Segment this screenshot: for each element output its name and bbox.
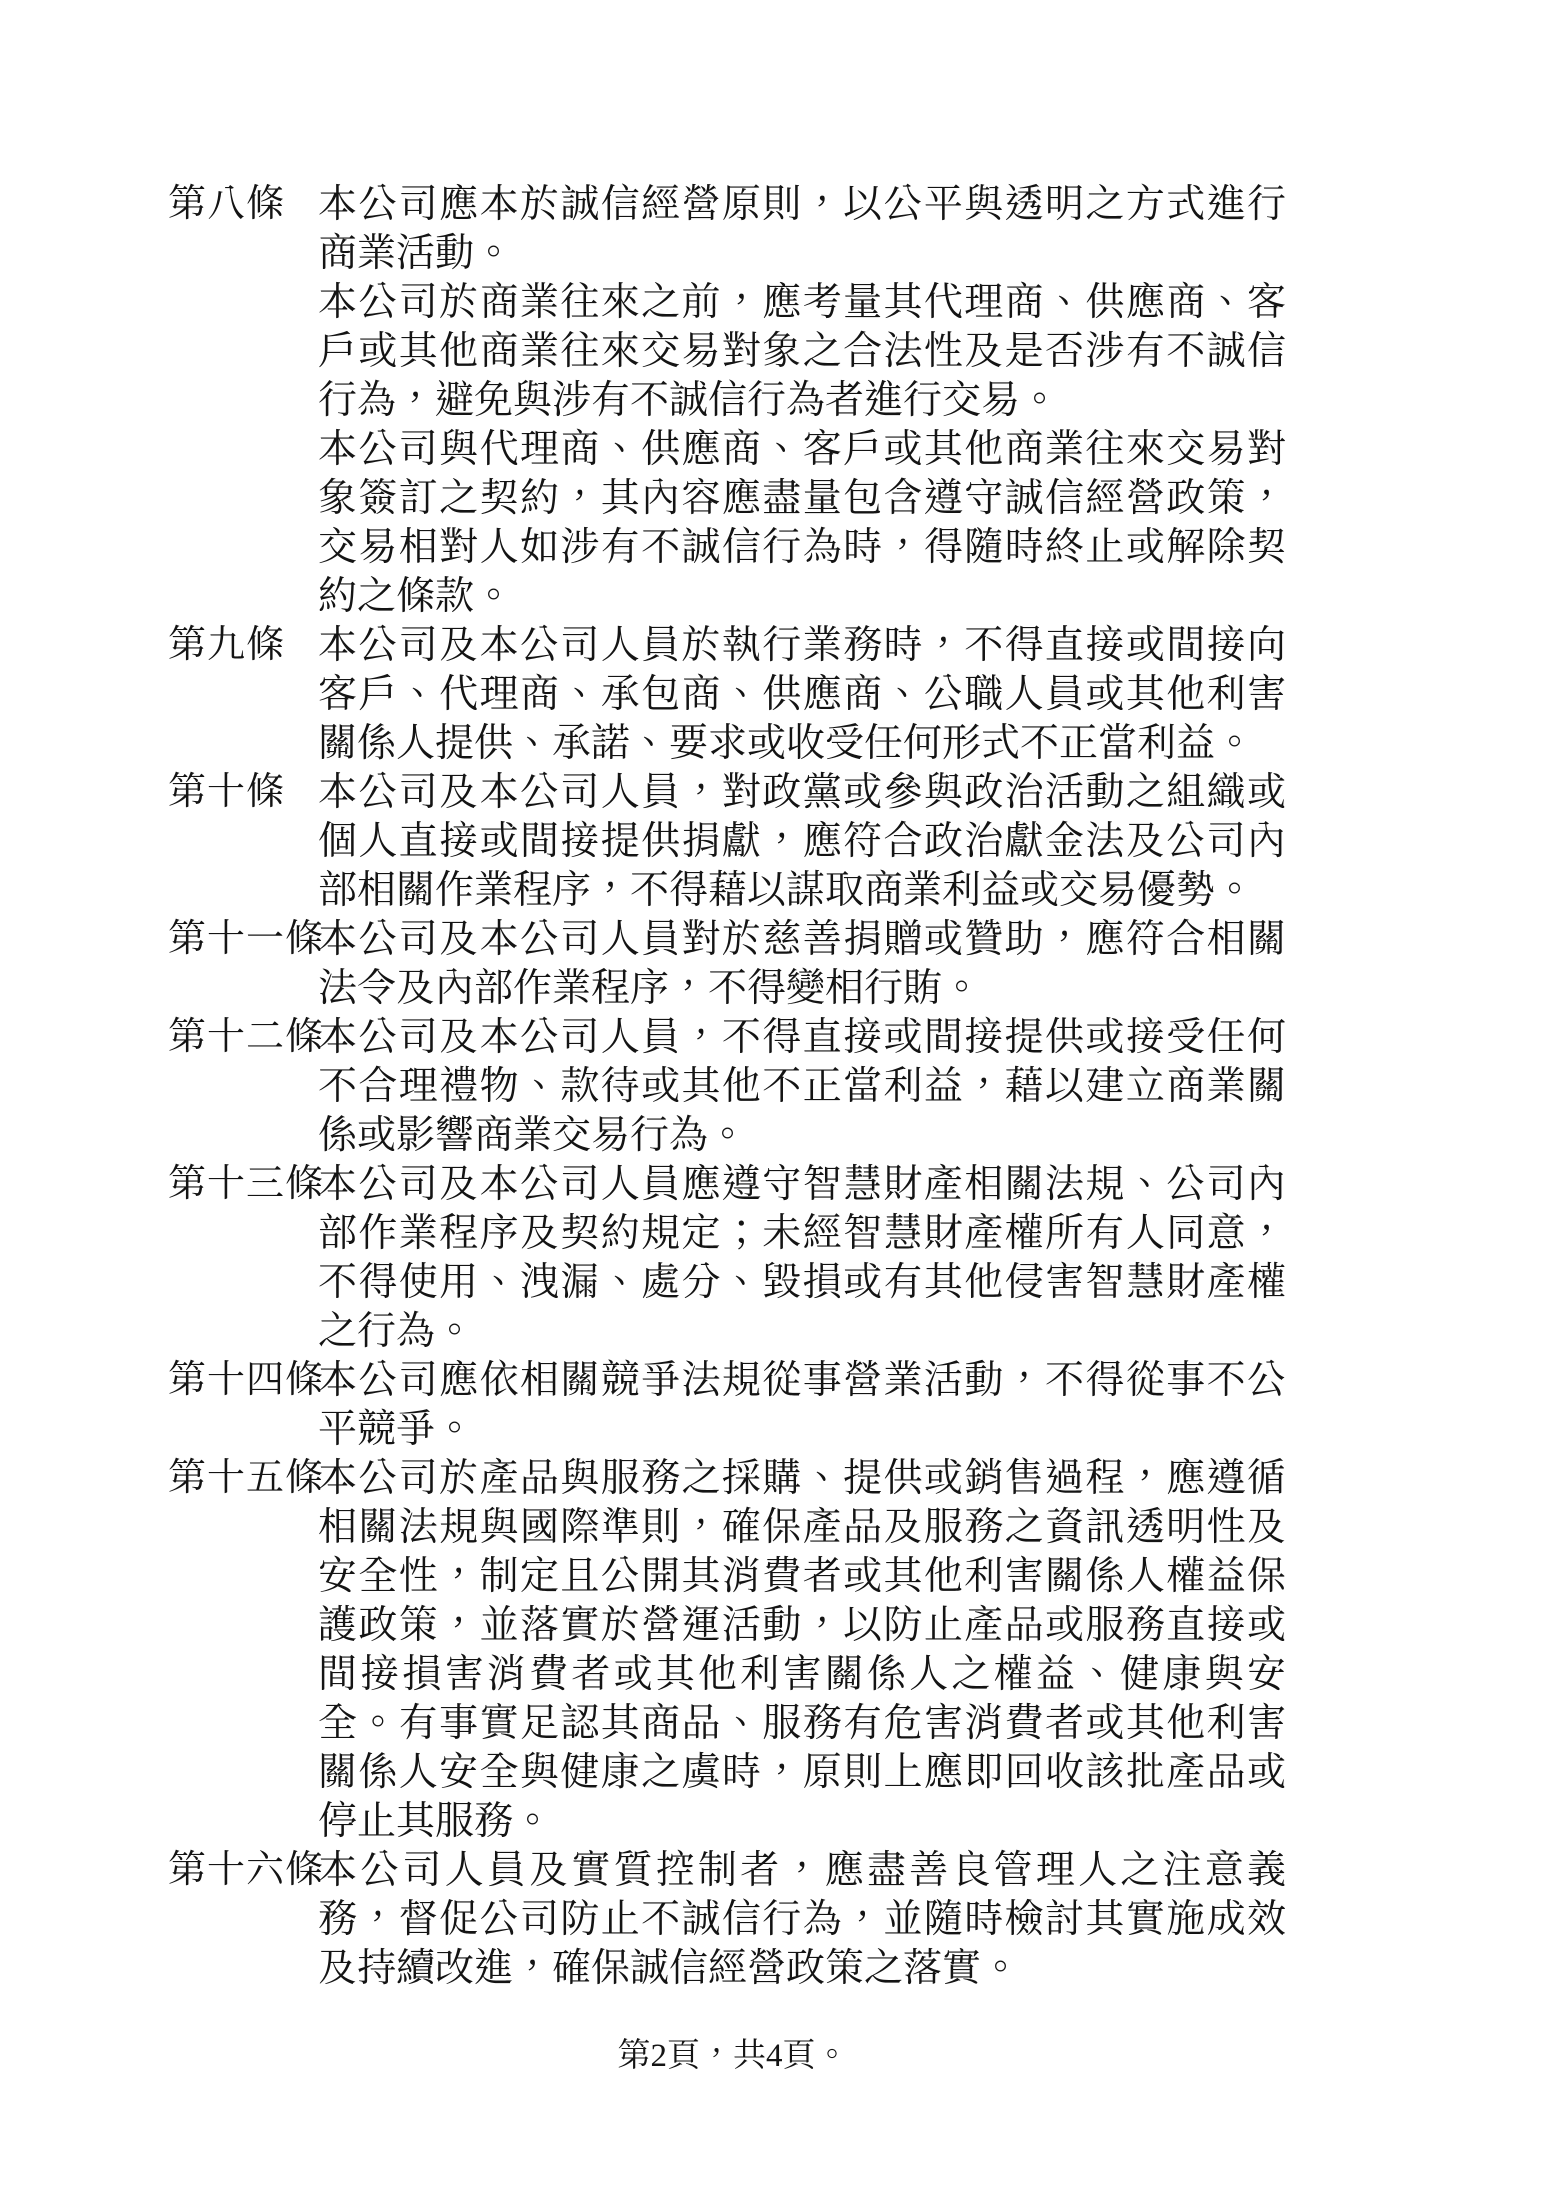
document-page: 第八條 本公司應本於誠信經營原則，以公平與透明之方式進行商業活動。本公司於商業往…	[0, 0, 1547, 2190]
article-paragraph: 本公司應依相關競爭法規從事營業活動，不得從事不公平競爭。	[318, 1356, 1286, 1454]
article-content: 本公司人員及實質控制者，應盡善良管理人之注意義務，督促公司防止不誠信行為，並隨時…	[318, 1846, 1286, 1993]
article-paragraph: 本公司及本公司人員，對政黨或參與政治活動之組織或個人直接或間接提供捐獻，應符合政…	[318, 768, 1286, 915]
article-row: 第八條 本公司應本於誠信經營原則，以公平與透明之方式進行商業活動。本公司於商業往…	[168, 180, 1298, 621]
article-paragraph: 本公司及本公司人員對於慈善捐贈或贊助，應符合相關法令及內部作業程序，不得變相行賄…	[318, 915, 1286, 1013]
article-row: 第十六條 本公司人員及實質控制者，應盡善良管理人之注意義務，督促公司防止不誠信行…	[168, 1846, 1298, 1993]
article-content: 本公司及本公司人員對於慈善捐贈或贊助，應符合相關法令及內部作業程序，不得變相行賄…	[318, 915, 1286, 1013]
article-number-label: 第十六條	[168, 1846, 318, 1895]
article-paragraph: 本公司及本公司人員，不得直接或間接提供或接受任何不合理禮物、款待或其他不正當利益…	[318, 1013, 1286, 1160]
article-paragraph: 本公司於商業往來之前，應考量其代理商、供應商、客戶或其他商業往來交易對象之合法性…	[318, 278, 1286, 425]
article-paragraph: 本公司與代理商、供應商、客戶或其他商業往來交易對象簽訂之契約，其內容應盡量包含遵…	[318, 425, 1286, 621]
article-number-label: 第十條	[168, 768, 318, 817]
article-number-label: 第十二條	[168, 1013, 318, 1062]
article-content: 本公司及本公司人員，對政黨或參與政治活動之組織或個人直接或間接提供捐獻，應符合政…	[318, 768, 1286, 915]
article-content: 本公司於產品與服務之採購、提供或銷售過程，應遵循相關法規與國際準則，確保產品及服…	[318, 1454, 1286, 1846]
article-row: 第十五條 本公司於產品與服務之採購、提供或銷售過程，應遵循相關法規與國際準則，確…	[168, 1454, 1298, 1846]
page-number-footer: 第2頁，共4頁。	[168, 2032, 1298, 2081]
article-row: 第十一條 本公司及本公司人員對於慈善捐贈或贊助，應符合相關法令及內部作業程序，不…	[168, 915, 1298, 1013]
article-number-label: 第十一條	[168, 915, 318, 964]
article-number-label: 第九條	[168, 621, 318, 670]
article-row: 第十三條 本公司及本公司人員應遵守智慧財產相關法規、公司內部作業程序及契約規定；…	[168, 1160, 1298, 1356]
article-content: 本公司應依相關競爭法規從事營業活動，不得從事不公平競爭。	[318, 1356, 1286, 1454]
articles-list: 第八條 本公司應本於誠信經營原則，以公平與透明之方式進行商業活動。本公司於商業往…	[168, 180, 1298, 1993]
article-number-label: 第十三條	[168, 1160, 318, 1209]
article-paragraph: 本公司及本公司人員於執行業務時，不得直接或間接向客戶、代理商、承包商、供應商、公…	[318, 621, 1286, 768]
article-paragraph: 本公司人員及實質控制者，應盡善良管理人之注意義務，督促公司防止不誠信行為，並隨時…	[318, 1846, 1286, 1993]
article-paragraph: 本公司於產品與服務之採購、提供或銷售過程，應遵循相關法規與國際準則，確保產品及服…	[318, 1454, 1286, 1846]
article-content: 本公司及本公司人員應遵守智慧財產相關法規、公司內部作業程序及契約規定；未經智慧財…	[318, 1160, 1286, 1356]
article-number-label: 第十四條	[168, 1356, 318, 1405]
article-content: 本公司及本公司人員於執行業務時，不得直接或間接向客戶、代理商、承包商、供應商、公…	[318, 621, 1286, 768]
article-content: 本公司應本於誠信經營原則，以公平與透明之方式進行商業活動。本公司於商業往來之前，…	[318, 180, 1286, 621]
article-content: 本公司及本公司人員，不得直接或間接提供或接受任何不合理禮物、款待或其他不正當利益…	[318, 1013, 1286, 1160]
article-number-label: 第十五條	[168, 1454, 318, 1503]
article-row: 第十二條 本公司及本公司人員，不得直接或間接提供或接受任何不合理禮物、款待或其他…	[168, 1013, 1298, 1160]
article-row: 第十四條 本公司應依相關競爭法規從事營業活動，不得從事不公平競爭。	[168, 1356, 1298, 1454]
article-row: 第九條 本公司及本公司人員於執行業務時，不得直接或間接向客戶、代理商、承包商、供…	[168, 621, 1298, 768]
article-number-label: 第八條	[168, 180, 318, 229]
article-row: 第十條 本公司及本公司人員，對政黨或參與政治活動之組織或個人直接或間接提供捐獻，…	[168, 768, 1298, 915]
article-paragraph: 本公司應本於誠信經營原則，以公平與透明之方式進行商業活動。	[318, 180, 1286, 278]
article-paragraph: 本公司及本公司人員應遵守智慧財產相關法規、公司內部作業程序及契約規定；未經智慧財…	[318, 1160, 1286, 1356]
